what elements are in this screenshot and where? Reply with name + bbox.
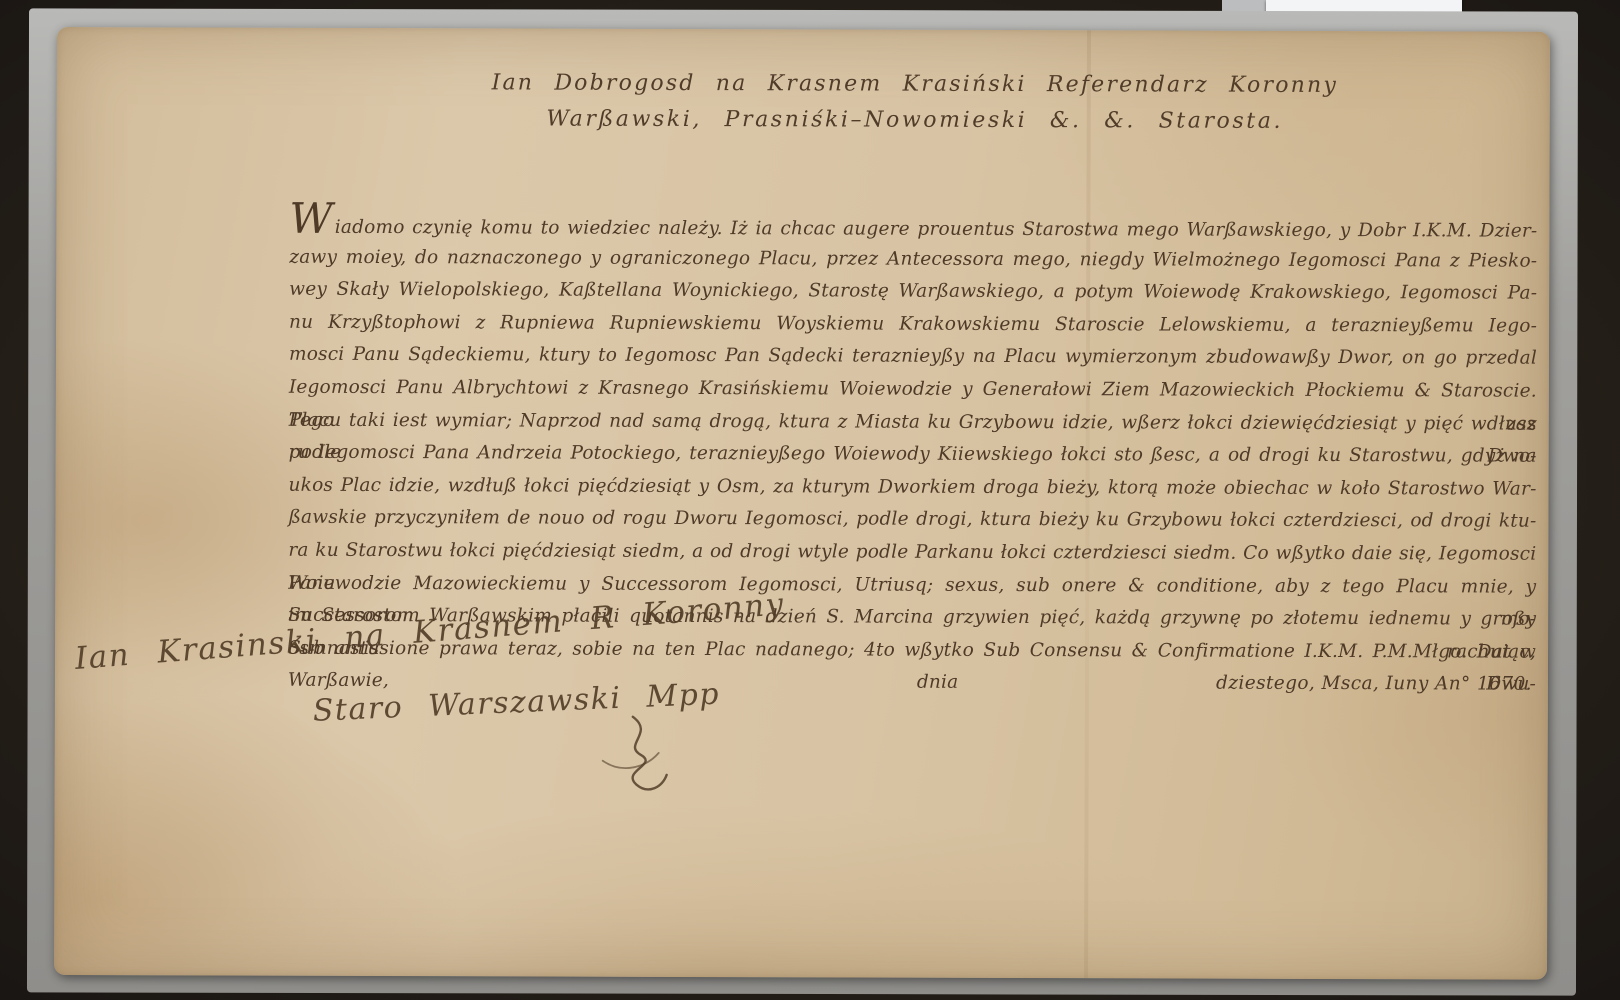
body-line: nu Krzyßtophowi z Rupniewa Rupniewskiemu… (289, 307, 1537, 344)
signature-flourish (563, 715, 673, 805)
body-line: zawy moiey, do naznaczonego y ograniczon… (289, 241, 1537, 278)
body-line: Wiadomo czynię komu to wiedziec należy. … (289, 209, 1537, 246)
body-line: Woiewodzie Mazowieckiemu y Successorom I… (288, 567, 1536, 604)
document-header: Ian Dobrogosd na Krasnem Krasiński Refer… (455, 70, 1375, 134)
body-line: wey Skały Wielopolskiego, Kaßtellana Woy… (289, 274, 1537, 311)
header-line-2: Warßawski, Prasniśki–Nowomieski &. &. St… (455, 106, 1375, 134)
body-line: mosci Panu Sądeckiemu, ktury to Iegomosc… (289, 339, 1537, 376)
body-line: ukos Plac idzie, wzdłuß łokci pięćdziesi… (289, 469, 1537, 506)
body-line: Placu taki iest wymiar; Naprzod nad samą… (289, 404, 1537, 441)
body-line: ru Iegomosci Pana Andrzeia Potockiego, t… (289, 437, 1537, 474)
body-line: ßawskie przyczyniłem de nouo od rogu Dwo… (288, 502, 1536, 539)
body-line: ra ku Starostwu łokci pięćdziesiąt siedm… (288, 535, 1536, 572)
body-line: Iegomosci Panu Albrychtowi z Krasnego Kr… (289, 372, 1537, 409)
manuscript-page: Ian Dobrogosd na Krasnem Krasiński Refer… (54, 27, 1550, 980)
header-line-1: Ian Dobrogosd na Krasnem Krasiński Refer… (455, 70, 1375, 98)
